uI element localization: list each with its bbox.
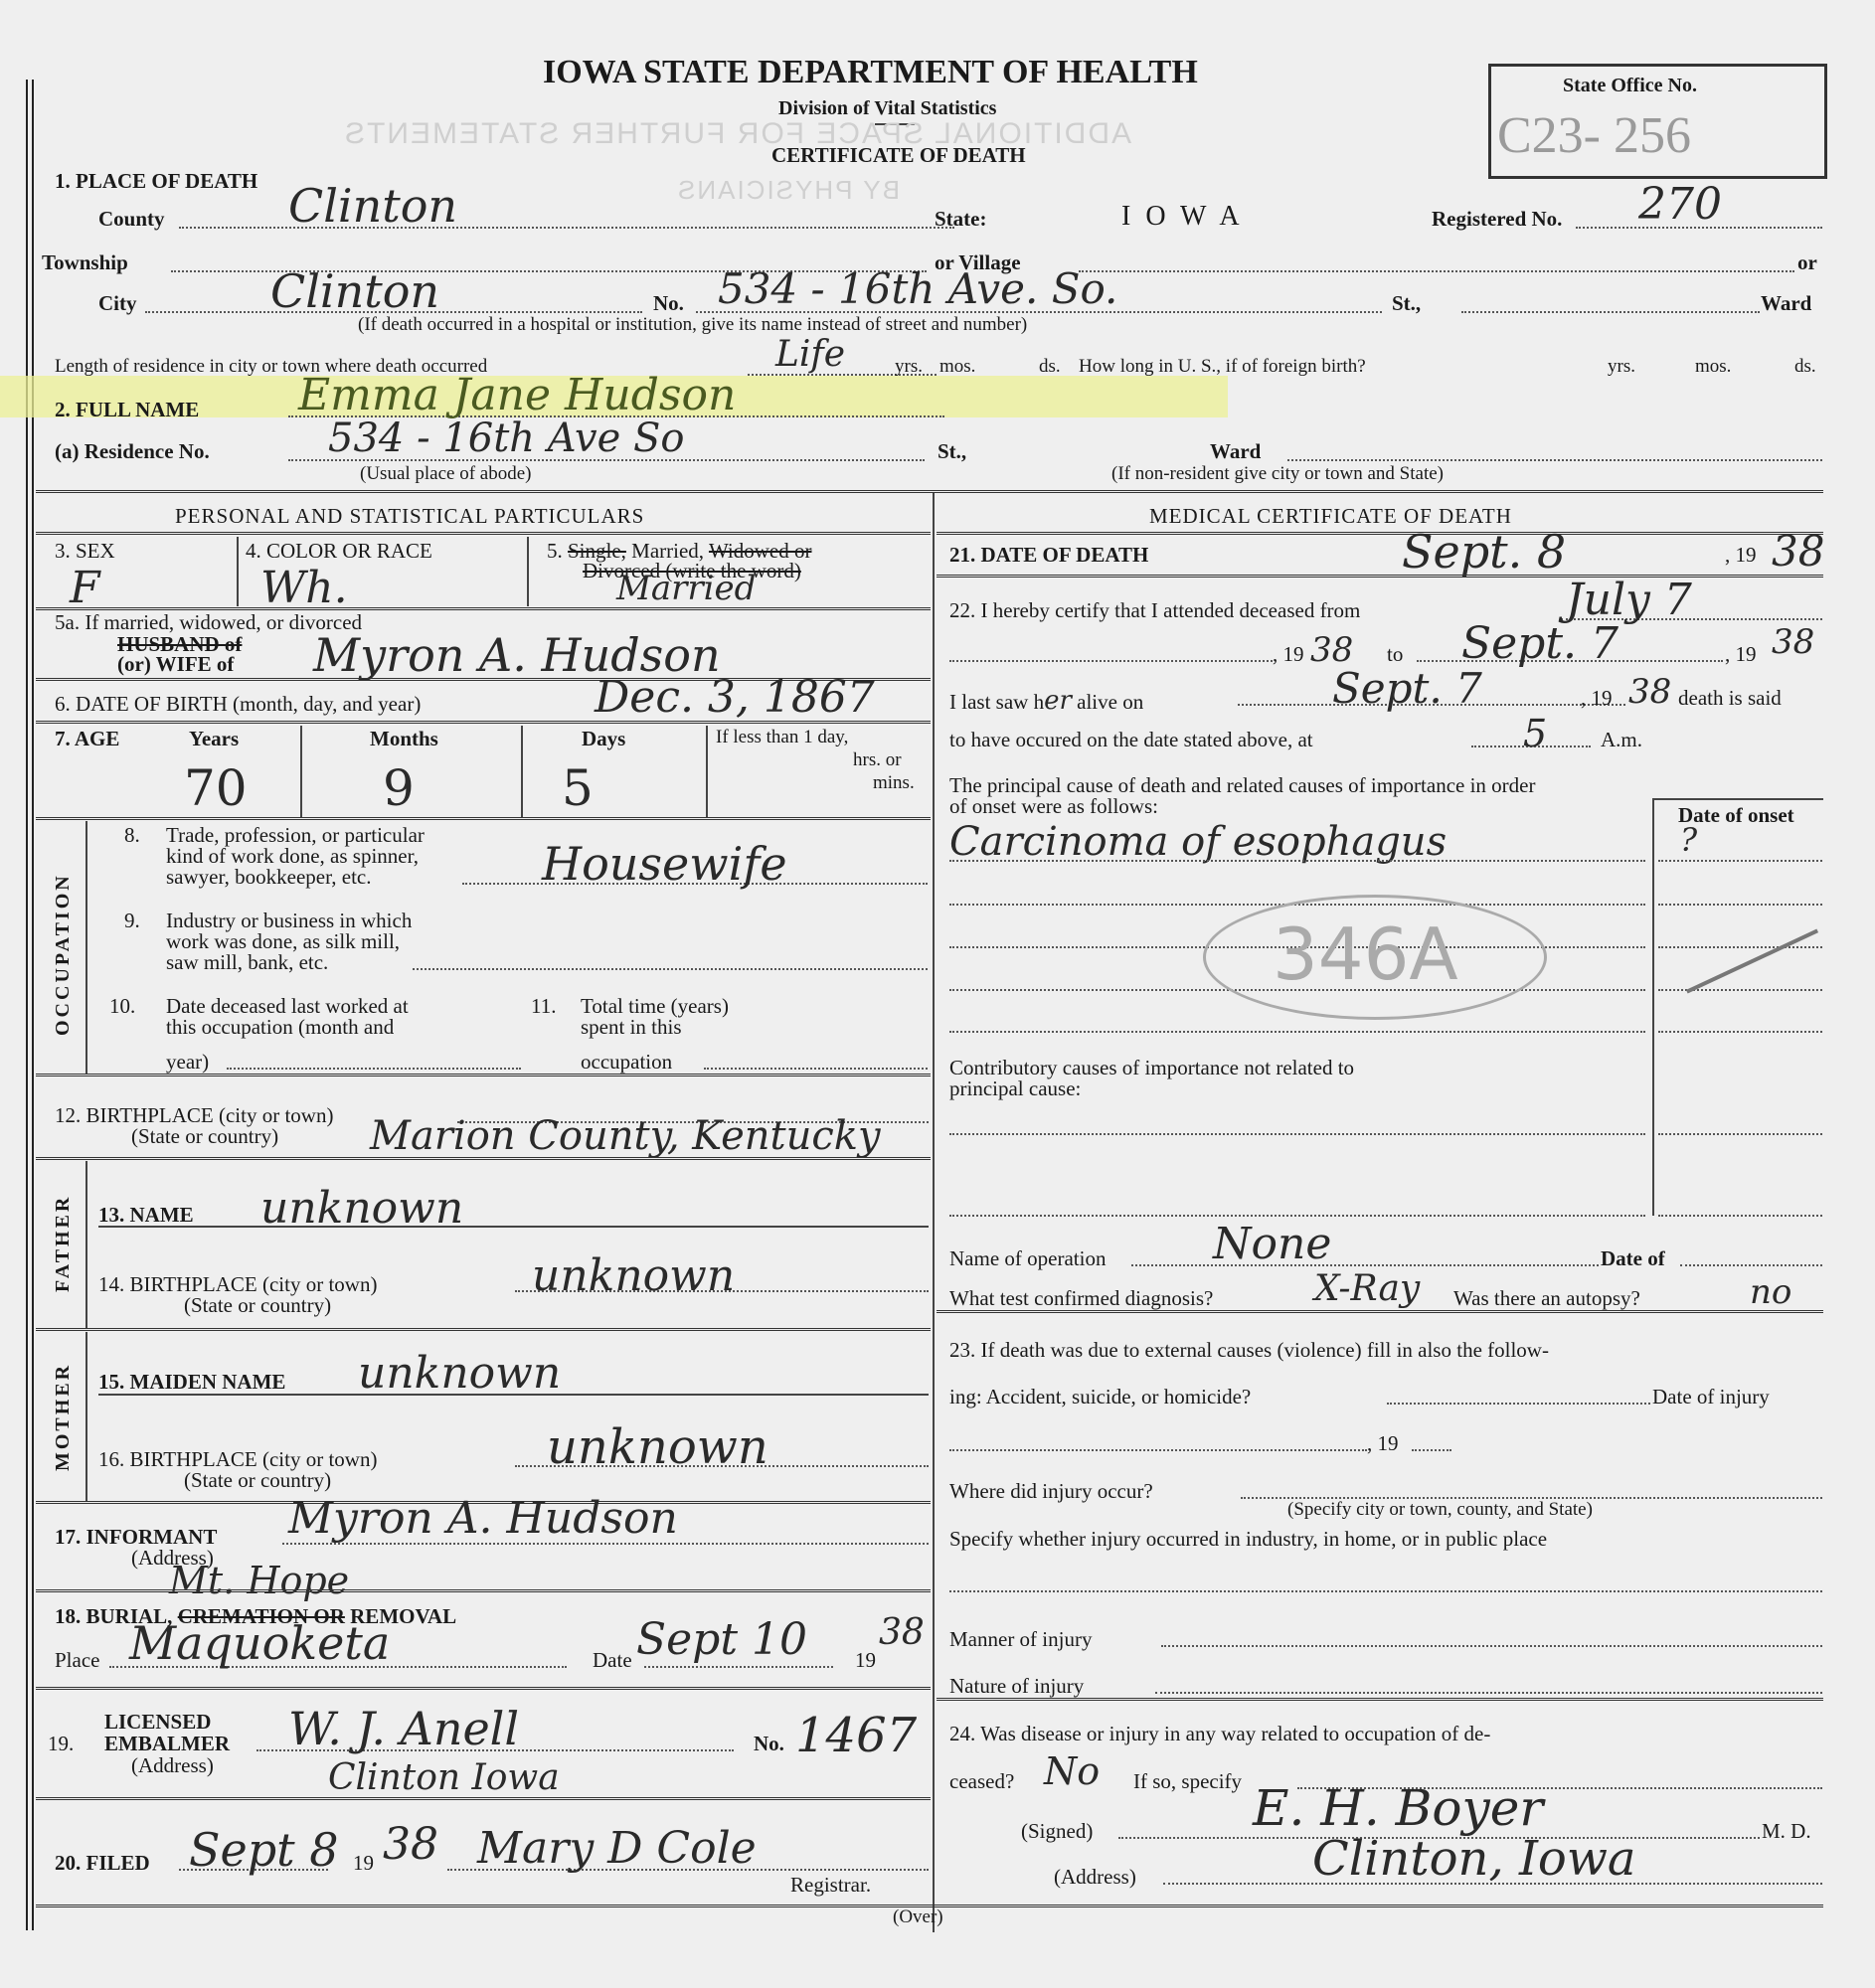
city-label: City (98, 291, 137, 316)
lastworked-label-3: year) (166, 1050, 209, 1075)
birthplace-value: Marion County, Kentucky (370, 1113, 881, 1159)
nonresident-note: (If non-resident give city or town and S… (1111, 463, 1444, 485)
last-saw-pronoun: er (1044, 686, 1072, 716)
registered-label: Registered No. (1432, 207, 1562, 232)
burial-date-label: Date (593, 1648, 632, 1673)
code-stamp-value: 346A (1273, 912, 1458, 996)
county-label: County (98, 207, 165, 232)
residence-value: 534 - 16th Ave So (328, 415, 684, 461)
age-label: 7. AGE (55, 727, 119, 751)
lastworked-line (227, 1068, 521, 1070)
lastworked-num: 10. (109, 994, 135, 1019)
registrar-label: Registrar. (790, 1873, 871, 1898)
dod-year: 38 (1772, 527, 1824, 576)
attended-to-year: 38 (1772, 622, 1814, 662)
registrar-value: Mary D Cole (477, 1823, 757, 1874)
divider (98, 1394, 929, 1396)
burial-date-value: Sept 10 (636, 1614, 807, 1665)
divider (36, 1687, 931, 1690)
months-label: Months (370, 727, 438, 751)
occurred-label: to have occured on the date stated above… (949, 728, 1313, 752)
years-value: 70 (184, 759, 248, 817)
onset-line (1658, 946, 1822, 948)
foreign-yrs: yrs. (1608, 356, 1635, 378)
divider (937, 1310, 1823, 1313)
personal-heading: PERSONAL AND STATISTICAL PARTICULARS (175, 504, 644, 529)
last-saw-year-prefix: , 19 (1581, 686, 1613, 711)
dod-label: 21. DATE OF DEATH (949, 543, 1148, 568)
death-said-label: death is said (1678, 686, 1782, 711)
document-title: IOWA STATE DEPARTMENT OF HEALTH (543, 54, 1198, 91)
cause-line (949, 1031, 1645, 1033)
lastworked-label-2: this occupation (month and (166, 1015, 394, 1040)
or-label: or (1797, 250, 1817, 275)
divider (521, 726, 523, 817)
ward-line (1461, 311, 1760, 313)
father-name-label: 13. NAME (98, 1203, 194, 1228)
burial-num: 18. (55, 1604, 81, 1628)
test-value: X-Ray (1314, 1268, 1420, 1309)
operation-value: None (1213, 1219, 1331, 1269)
last-saw-value: Sept. 7 (1332, 664, 1482, 713)
burial-year-value: 38 (879, 1612, 925, 1653)
signed-value: E. H. Boyer (1253, 1779, 1543, 1837)
occurred-suffix: A.m. (1601, 728, 1642, 752)
signed-label: (Signed) (1021, 1819, 1093, 1844)
days-value: 5 (562, 759, 594, 817)
last-saw-year: 38 (1628, 672, 1671, 712)
state-label: State: (935, 207, 986, 232)
sex-value: F (70, 563, 100, 613)
burial-year-prefix: 19 (855, 1648, 876, 1673)
residence-length-value: Life (775, 334, 845, 375)
birthplace-sublabel: (State or country) (131, 1124, 278, 1149)
foreign-birth-label: How long in U. S., if of foreign birth? (1079, 356, 1366, 378)
where-label: Where did injury occur? (949, 1479, 1153, 1504)
race-label: 4. COLOR OR RACE (246, 539, 432, 564)
divider (85, 821, 87, 1074)
foreign-ds: ds. (1794, 356, 1816, 378)
onset-line (1658, 1031, 1822, 1033)
occurred-value: 5 (1523, 712, 1547, 755)
months-value: 9 (383, 759, 415, 817)
autopsy-label: Was there an autopsy? (1453, 1286, 1640, 1311)
attended-from-year-prefix: , 19 (1273, 642, 1304, 667)
section-divider (36, 490, 1823, 493)
embalmer-num: 19. (48, 1732, 74, 1756)
cause-label-2: of onset were as follows: (949, 794, 1158, 819)
father-side-label: FATHER (52, 1195, 75, 1292)
attended-label: 22. I hereby certify that I attended dec… (949, 598, 1360, 623)
contributory-line (949, 1133, 1645, 1135)
ward-label: Ward (1761, 291, 1811, 316)
external-label-2: ing: Accident, suicide, or homicide? (949, 1385, 1251, 1409)
divider (85, 1161, 87, 1328)
hospital-note: (If death occurred in a hospital or inst… (358, 314, 1027, 336)
injury-year-prefix: , 19 (1367, 1431, 1399, 1456)
dod-year-prefix: , 19 (1725, 543, 1757, 568)
bleedthrough-text: BY PHYSICIANS (676, 175, 900, 206)
totaltime-label-3: occupation (581, 1050, 672, 1075)
wife-label: (or) WIFE of (117, 652, 234, 677)
divider (85, 1332, 87, 1501)
onset-line (1658, 989, 1822, 991)
where-note: (Specify city or town, county, and State… (1287, 1499, 1593, 1521)
industry-line (413, 968, 928, 970)
divider (1652, 798, 1823, 800)
address-value: Clinton, Iowa (1312, 1831, 1636, 1887)
informant-value: Myron A. Hudson (288, 1493, 678, 1544)
address-label: (Address) (1054, 1865, 1136, 1890)
trade-value: Housewife (542, 837, 787, 891)
totaltime-line (704, 1068, 928, 1070)
filed-label: 20. FILED (55, 1851, 150, 1876)
cause-value: Carcinoma of esophagus (949, 819, 1447, 865)
state-value: I O W A (1121, 201, 1244, 233)
embalmer-no-value: 1467 (795, 1708, 917, 1763)
mother-birthplace-value: unknown (547, 1419, 768, 1475)
nature-line (1155, 1692, 1822, 1694)
external-label-1: 23. If death was due to external causes … (949, 1338, 1549, 1363)
if-so-label: If so, specify (1133, 1769, 1242, 1794)
external-line (1387, 1403, 1650, 1405)
residence-ward-label: Ward (1210, 439, 1261, 464)
manner-label: Manner of injury (949, 1627, 1092, 1652)
last-saw-label: I last saw h (949, 690, 1044, 714)
embalmer-address-label: (Address) (131, 1753, 214, 1778)
nature-label: Nature of injury (949, 1674, 1084, 1699)
industry-label-3: saw mill, bank, etc. (166, 950, 328, 975)
onset-column-divider (1652, 798, 1654, 1216)
mother-birthplace-sublabel: (State or country) (184, 1468, 331, 1493)
occ-related-value: No (1044, 1749, 1100, 1793)
onset-line (1658, 1133, 1822, 1135)
occ-related-label-2: ceased? (949, 1769, 1014, 1794)
md-label: M. D. (1762, 1819, 1811, 1844)
divider (36, 1328, 931, 1331)
full-name-label: 2. FULL NAME (55, 398, 199, 422)
residence-st-label: St., (937, 439, 966, 464)
occ-related-label-1: 24. Was disease or injury in any way rel… (949, 1722, 1490, 1746)
burial-place-value: Maquoketa (129, 1616, 390, 1670)
ds-label: ds. (1039, 356, 1061, 378)
father-birthplace-sublabel: (State or country) (184, 1293, 331, 1318)
dob-label: 6. DATE OF BIRTH (month, day, and year) (55, 692, 421, 717)
mother-maiden-label: 15. MAIDEN NAME (98, 1370, 285, 1395)
attended-to-value: Sept. 7 (1461, 618, 1619, 669)
divider (300, 726, 302, 817)
filed-year-value: 38 (383, 1819, 438, 1870)
operation-date-line (1680, 1264, 1822, 1266)
place-of-death-label: 1. PLACE OF DEATH (55, 169, 257, 194)
operation-line (1131, 1264, 1599, 1266)
embalmer-no-label: No. (754, 1732, 784, 1756)
race-value: Wh. (260, 563, 348, 613)
trade-num: 8. (124, 823, 140, 848)
informant-address-value: Mt. Hope (169, 1559, 349, 1602)
attended-to-year-prefix: , 19 (1725, 642, 1757, 667)
years-label: Years (189, 727, 239, 751)
specify-label: Specify whether injury occurred in indus… (949, 1527, 1547, 1552)
residence-label: (a) Residence No. (55, 439, 210, 464)
abode-note: (Usual place of abode) (360, 463, 532, 485)
totaltime-num: 11. (531, 994, 556, 1019)
embalmer-value: W. J. Anell (288, 1702, 519, 1755)
residence-ward-line (1287, 459, 1822, 461)
divider (36, 721, 931, 724)
divider (36, 817, 931, 820)
contributory-label-2: principal cause: (949, 1077, 1081, 1101)
onset-line (1658, 1215, 1822, 1217)
marital-num: 5. (547, 539, 563, 563)
onset-line (1658, 904, 1822, 906)
over-label: (Over) (893, 1906, 943, 1928)
divider (36, 1157, 931, 1160)
mos-label: mos. (939, 356, 975, 378)
death-certificate: IOWA STATE DEPARTMENT OF HEALTH Division… (0, 0, 1875, 1988)
occupation-side-label: OCCUPATION (52, 873, 75, 1036)
contributory-line (949, 1215, 1645, 1217)
divider (98, 1226, 929, 1228)
left-border (26, 80, 34, 1930)
days-label: Days (582, 727, 625, 751)
marital-value: Married (616, 569, 756, 608)
foreign-mos: mos. (1695, 356, 1731, 378)
sex-label: 3. SEX (55, 539, 115, 564)
bleedthrough-text: ADDITIONAL SPACE FOR FURTHER STATEMENTS (343, 117, 1131, 151)
full-name-value: Emma Jane Hudson (298, 370, 736, 420)
operation-label: Name of operation (949, 1246, 1106, 1271)
injury-date-line (949, 1449, 1367, 1451)
operation-date-label: Date of (1601, 1246, 1665, 1271)
divider (36, 532, 931, 535)
injury-year-line (1412, 1449, 1451, 1451)
registered-value: 270 (1638, 179, 1722, 230)
yrs-label: yrs. (895, 356, 923, 378)
embalmer-address-value: Clinton Iowa (328, 1757, 560, 1798)
onset-line (1658, 860, 1822, 862)
attended-line (949, 660, 1273, 662)
street-value: 534 - 16th Ave. So. (718, 264, 1117, 313)
dob-value: Dec. 3, 1867 (595, 672, 875, 723)
filed-date-value: Sept 8 (189, 1823, 339, 1877)
trade-label-3: sawyer, bookkeeper, etc. (166, 865, 371, 890)
state-office-label: State Office No. (1563, 75, 1697, 97)
divider (937, 1698, 1823, 1701)
totaltime-label-2: spent in this (581, 1015, 682, 1040)
divider (36, 1589, 931, 1592)
township-label: Township (42, 250, 128, 275)
specify-line (949, 1590, 1822, 1592)
county-value: Clinton (288, 179, 457, 233)
column-divider (933, 493, 935, 1932)
street-no-label: No. (653, 291, 684, 316)
city-value: Clinton (270, 264, 439, 318)
alive-on-label: alive on (1077, 690, 1143, 714)
village-line (1079, 270, 1794, 272)
state-office-box: State Office No. C23- 256 (1488, 64, 1827, 179)
divider (36, 1074, 931, 1077)
divider (706, 726, 708, 817)
manner-line (1161, 1645, 1822, 1647)
autopsy-value: no (1750, 1272, 1791, 1312)
mins-label: mins. (873, 772, 915, 794)
father-birthplace-value: unknown (532, 1250, 735, 1301)
burial-place-label: Place (55, 1648, 99, 1673)
divider (36, 1797, 931, 1800)
state-office-number: C23- 256 (1497, 106, 1691, 165)
industry-num: 9. (124, 909, 140, 933)
date-injury-label: Date of injury (1652, 1385, 1770, 1409)
less-than-day-label: If less than 1 day, (716, 727, 848, 748)
onset-value: ? (1680, 821, 1697, 859)
filed-year-prefix: 19 (353, 1851, 374, 1876)
mother-side-label: MOTHER (52, 1363, 75, 1471)
divider (937, 532, 1823, 535)
burial-date-line (644, 1666, 833, 1668)
divider (527, 537, 529, 606)
test-label: What test confirmed diagnosis? (949, 1286, 1213, 1311)
onset-dash-mark (1686, 929, 1818, 994)
mother-maiden-value: unknown (358, 1348, 561, 1399)
divider (237, 537, 239, 606)
dod-value: Sept. 8 (1402, 525, 1566, 579)
cause-line (949, 860, 1645, 862)
hrs-label: hrs. or (853, 749, 902, 771)
st-label: St., (1392, 291, 1421, 316)
